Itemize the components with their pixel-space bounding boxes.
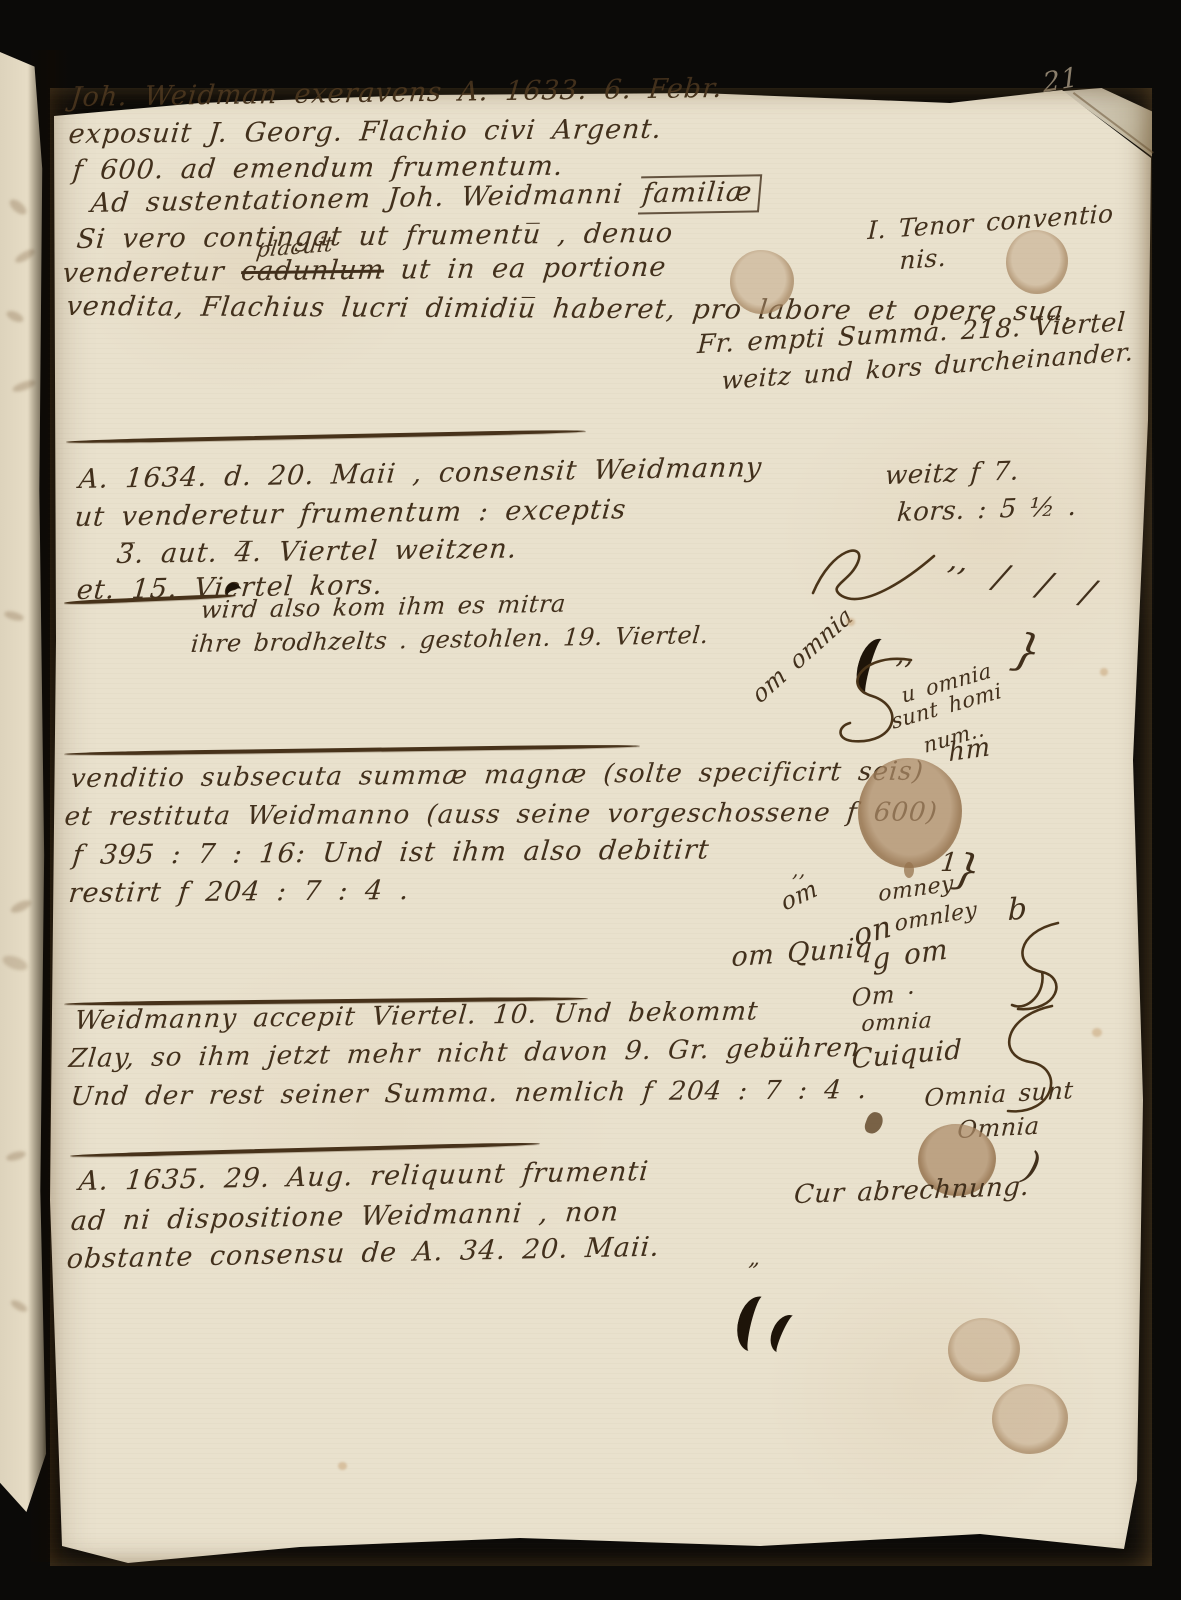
manuscript-scan: 21 Joh. Weidman exeravens A. 1633. 6. Fe… (0, 0, 1181, 1600)
foxing-spot (1092, 1028, 1102, 1037)
ink-stain (992, 1384, 1068, 1454)
manuscript-line: et restituta Weidmanno (auss seine vorge… (63, 799, 939, 830)
pen-trial: Om · (852, 980, 916, 1010)
foxing-spot (1100, 668, 1108, 676)
manuscript-line: venditio subsecuta summæ magnæ (solte sp… (69, 759, 925, 792)
foxing-spot (338, 1462, 347, 1470)
manuscript-line: f 395 : 7 : 16: Und ist ihm also debitir… (71, 836, 710, 869)
bleed-through-mark (3, 610, 24, 623)
manuscript-line: Und der rest seiner Summa. nemlich f 204… (69, 1077, 868, 1110)
manuscript-line: Si vero contingat ut frumentu̅ , denuo (75, 220, 674, 253)
manuscript-line: exposuit J. Georg. Flachio civi Argent. (67, 116, 663, 148)
ink-stain (1006, 230, 1068, 294)
folio-number: 21 (1042, 64, 1080, 97)
ink-stain (948, 1318, 1020, 1382)
foxing-spot (846, 618, 855, 626)
manuscript-line: venderetur cadunlum ut in ea portione pl… (61, 254, 667, 287)
manuscript-line: f 600. ad emendum frumentum. (71, 153, 564, 184)
margin-note: omnia (861, 1010, 933, 1036)
margin-note: Cur abrechnung. (793, 1174, 1030, 1208)
margin-price: kors. : 5 ½ . (896, 494, 1077, 526)
ink-stain (730, 250, 794, 314)
pen-trial-flourish (808, 538, 938, 608)
margin-note: nis. (899, 245, 947, 273)
pen-trial-flourish (982, 998, 1062, 1128)
ink-stain-drip (904, 862, 914, 878)
line-text: ut in ea portione (399, 252, 668, 286)
manuscript-line: 3̅. aut. 4̅. Viertel weitzen. (116, 535, 519, 568)
bleed-through-mark (5, 309, 25, 325)
manuscript-line: restirt f 204 : 7 : 4 . (67, 877, 410, 907)
manuscript-line: wird also kom ihm es mitra (200, 592, 567, 622)
bleed-through-mark (5, 1150, 26, 1163)
bleed-through-mark (7, 197, 29, 218)
pen-trial: „ (748, 1248, 762, 1270)
line-text: venderetur (61, 256, 226, 289)
boxed-word: familiæ (638, 174, 762, 214)
ink-stain (858, 758, 962, 868)
bleed-through-mark (9, 1298, 29, 1314)
pen-trial: hm (948, 734, 991, 766)
manuscript-line: ut venderetur frumentum : exceptis (74, 496, 628, 531)
margin-price: weitz f 7. (884, 458, 1020, 489)
bleed-through-mark (1, 953, 30, 973)
